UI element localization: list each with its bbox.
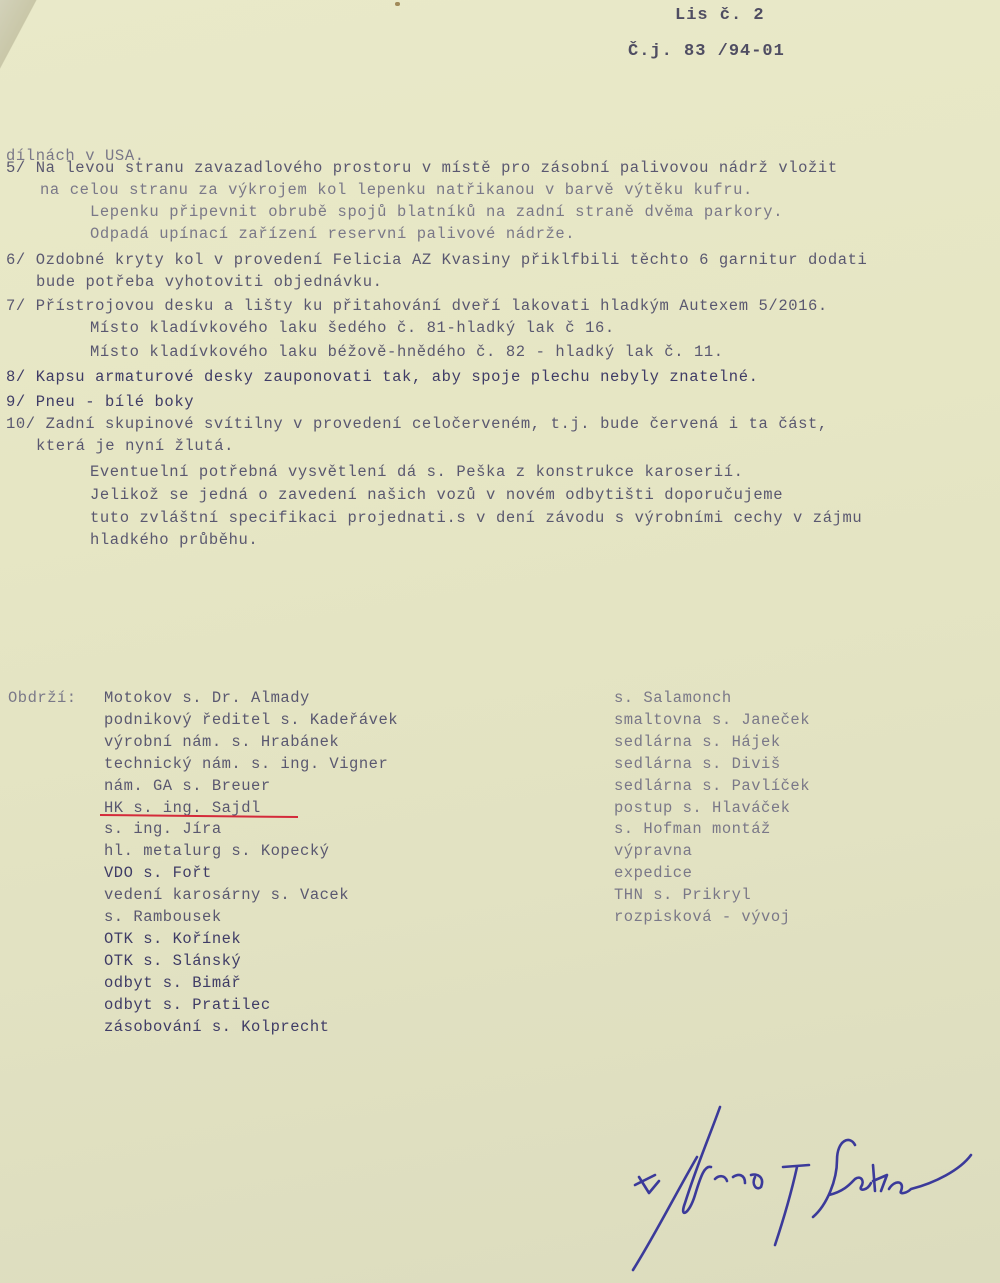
recipient-entry: Motokov s. Dr. Almady	[104, 688, 310, 710]
recipient-entry: VDO s. Fořt	[104, 863, 212, 885]
folded-corner	[0, 0, 50, 126]
body-line: Eventuelní potřebná vysvětlení dá s. Peš…	[90, 462, 744, 483]
body-line: Místo kladívkového laku béžově-hnědého č…	[90, 342, 724, 363]
body-line: 7/ Přístrojovou desku a lišty ku přitaho…	[6, 296, 828, 317]
document-page: Lis č. 2 Č.j. 83 /94-01 dílnách v USA. 5…	[0, 0, 1000, 1283]
body-line: bude potřeba vyhotoviti objednávku.	[36, 272, 383, 293]
recipient-entry: smaltovna s. Janeček	[614, 710, 810, 732]
recipient-entry: s. Salamonch	[614, 688, 732, 710]
recipient-entry: odbyt s. Bimář	[104, 973, 241, 995]
recipient-entry: nám. GA s. Breuer	[104, 776, 271, 798]
recipient-entry: OTK s. Slánský	[104, 951, 241, 973]
recipient-entry: OTK s. Kořínek	[104, 929, 241, 951]
reference-number: Č.j. 83 /94-01	[628, 42, 785, 61]
recipient-entry: výpravna	[614, 841, 692, 863]
recipient-entry: rozpisková - vývoj	[614, 907, 790, 929]
recipient-entry: sedlárna s. Diviš	[614, 754, 781, 776]
body-line: tuto zvláštní specifikaci projednati.s v…	[90, 508, 862, 529]
body-line: která je nyní žlutá.	[36, 436, 234, 457]
recipient-entry: zásobování s. Kolprecht	[104, 1017, 329, 1039]
recipient-entry: sedlárna s. Pavlíček	[614, 776, 810, 798]
body-line: 10/ Zadní skupinové svítilny v provedení…	[6, 414, 828, 435]
body-line: na celou stranu za výkrojem kol lepenku …	[40, 180, 753, 201]
paper-speck	[395, 2, 400, 6]
sheet-number: Lis č. 2	[675, 6, 765, 25]
distribution-label: Obdrží:	[8, 688, 77, 710]
recipient-entry: THN s. Prikryl	[614, 885, 751, 907]
body-line: 6/ Ozdobné kryty kol v provedení Felicia…	[6, 250, 867, 271]
recipient-entry: vedení karosárny s. Vacek	[104, 885, 349, 907]
recipient-entry: expedice	[614, 863, 692, 885]
body-line: Lepenku připevnit obrubě spojů blatníků …	[90, 202, 783, 223]
body-line: Místo kladívkového laku šedého č. 81-hla…	[90, 318, 615, 339]
body-line: 9/ Pneu - bílé boky	[6, 392, 194, 413]
recipient-entry: výrobní nám. s. Hrabánek	[104, 732, 339, 754]
recipient-entry: s. ing. Jíra	[104, 819, 222, 841]
recipient-entry: postup s. Hlaváček	[614, 798, 790, 820]
recipient-entry: podnikový ředitel s. Kadeřávek	[104, 710, 398, 732]
recipient-entry: s. Rambousek	[104, 907, 222, 929]
recipient-entry: technický nám. s. ing. Vigner	[104, 754, 388, 776]
body-line: hladkého průběhu.	[90, 530, 258, 551]
recipient-entry: s. Hofman montáž	[614, 819, 771, 841]
body-line: Jelikož se jedná o zavedení našich vozů …	[90, 485, 783, 506]
body-line: 8/ Kapsu armaturové desky zauponovati ta…	[6, 367, 759, 388]
recipient-entry: hl. metalurg s. Kopecký	[104, 841, 329, 863]
recipient-entry: odbyt s. Pratilec	[104, 995, 271, 1017]
recipient-entry: sedlárna s. Hájek	[614, 732, 781, 754]
body-line: 5/ Na levou stranu zavazadlového prostor…	[6, 158, 838, 179]
handwritten-signature	[615, 1095, 975, 1275]
body-line: Odpadá upínací zařízení reservní palivov…	[90, 224, 575, 245]
